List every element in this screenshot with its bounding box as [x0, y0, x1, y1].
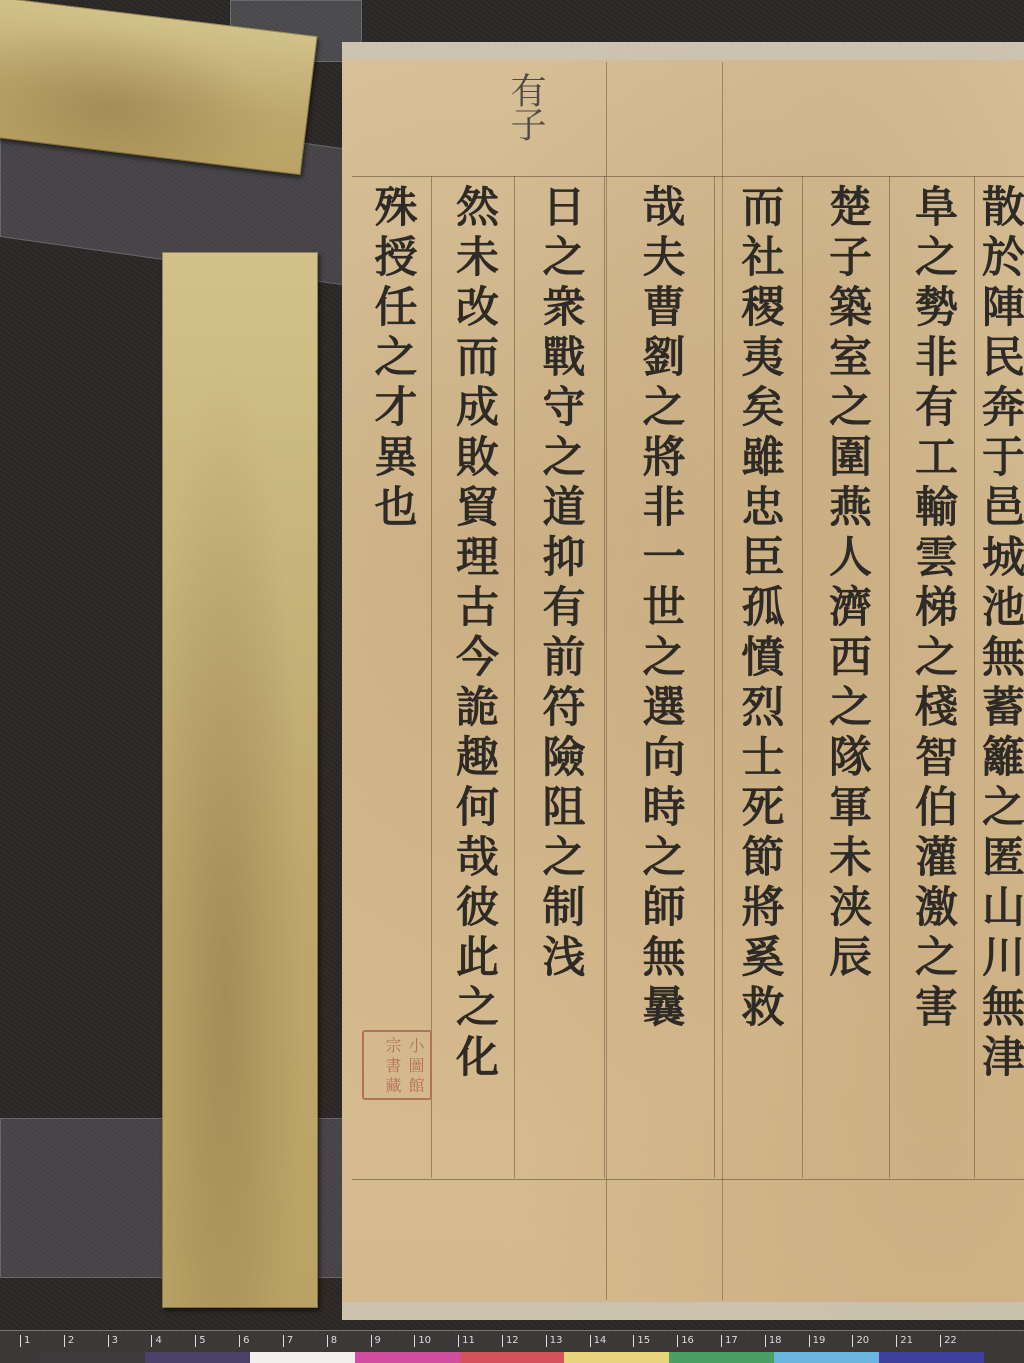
ruler-tick-label: 13	[546, 1335, 590, 1347]
ruler-tick-label: 11	[458, 1335, 502, 1347]
ruler-tick-label: 6	[239, 1335, 283, 1347]
text-column-6: 日之衆戰守之道抑有前符險阻之制浅	[515, 176, 605, 1178]
text-column-3: 楚子築室之圍燕人濟西之隊軍未浃辰	[803, 176, 890, 1178]
color-swatch	[879, 1352, 984, 1363]
color-swatch	[460, 1352, 565, 1363]
text-column-1: 散於陣民奔于邑城池無蓄籬之匿山川無津	[975, 176, 1024, 1178]
column-text: 日之衆戰守之道抑有前符險阻之制浅	[539, 184, 582, 984]
column-text: 哉夫曹劉之將非一世之選向時之師無曩	[639, 184, 682, 1034]
ruler-tick-label: 4	[151, 1335, 195, 1347]
color-swatch	[250, 1352, 355, 1363]
library-seal-stamp: 小宗 圖書 館藏	[362, 1030, 432, 1100]
ruler-tick-label: 2	[64, 1335, 108, 1347]
color-swatch	[774, 1352, 879, 1363]
column-text: 而社稷夷矣雖忠臣孤憤烈士死節將奚救	[738, 184, 781, 1034]
ruler-tick-label: 16	[677, 1335, 721, 1347]
column-text: 殊授任之才異也	[371, 184, 414, 534]
ruler-tick-label: 17	[721, 1335, 765, 1347]
ruler-tick-label: 1	[20, 1335, 64, 1347]
color-swatch	[669, 1352, 774, 1363]
ruler-tick-label: 19	[809, 1335, 853, 1347]
column-text: 散於陣民奔于邑城池無蓄籬之匿山川無津	[978, 184, 1021, 1084]
ruler-tick-label: 12	[502, 1335, 546, 1347]
text-column-2: 阜之勢非有工輸雲梯之棧智伯灌激之害	[890, 176, 975, 1178]
text-column-4: 而社稷夷矣雖忠臣孤憤烈士死節將奚救	[715, 176, 803, 1178]
scale-bar-ruler: 12345678910111213141516171819202122	[0, 1330, 1024, 1363]
column-text: 然未改而成敗貿理古今詭趣何哉彼此之化	[452, 184, 495, 1084]
ruler-tick-label: 7	[283, 1335, 327, 1347]
ruler-tick-label: 10	[414, 1335, 458, 1347]
margin-annotation: 有子	[500, 72, 551, 140]
seal-text: 圖書	[367, 1055, 427, 1075]
ruler-tick-label: 3	[108, 1335, 152, 1347]
color-calibration-bar	[40, 1352, 984, 1363]
ruler-tick-label: 18	[765, 1335, 809, 1347]
ruler-tick-label: 8	[327, 1335, 371, 1347]
ruler-tick-label: 21	[896, 1335, 940, 1347]
ruler-tick-label: 5	[195, 1335, 239, 1347]
seal-text: 小宗	[367, 1035, 427, 1055]
seal-text: 館藏	[367, 1075, 427, 1095]
frayed-edge-bottom	[342, 1302, 1024, 1320]
ruler-tick-label: 22	[940, 1335, 984, 1347]
color-swatch	[145, 1352, 250, 1363]
brass-weight-vertical	[162, 252, 318, 1308]
text-column-8: 殊授任之才異也	[352, 176, 432, 1178]
text-column-7: 然未改而成敗貿理古今詭趣何哉彼此之化	[432, 176, 515, 1178]
ruler-tick-label: 9	[371, 1335, 415, 1347]
frayed-edge-top	[342, 42, 1024, 60]
color-swatch	[40, 1352, 145, 1363]
column-text: 楚子築室之圍燕人濟西之隊軍未浃辰	[825, 184, 868, 984]
text-column-5: 哉夫曹劉之將非一世之選向時之師無曩	[605, 176, 715, 1178]
color-swatch	[564, 1352, 669, 1363]
ruler-tick-label: 15	[633, 1335, 677, 1347]
ruler-tick-label: 14	[590, 1335, 634, 1347]
color-swatch	[355, 1352, 460, 1363]
ruler-tick-label: 20	[852, 1335, 896, 1347]
ruler-ticks: 12345678910111213141516171819202122	[20, 1335, 984, 1347]
column-text: 阜之勢非有工輸雲梯之棧智伯灌激之害	[911, 184, 954, 1034]
